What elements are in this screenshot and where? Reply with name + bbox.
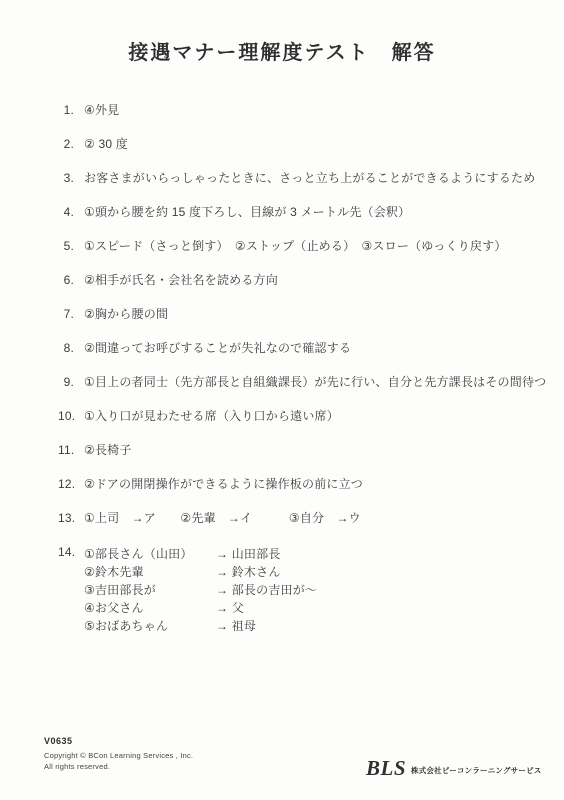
answer-row-14: 14. ①部長さん（山田） → 山田部長 ②鈴木先輩 → 鈴木さん ③吉田部長が… [58, 545, 548, 635]
answer-row-13: 13. ①上司 →ア ②先輩 →イ ③自分 →ウ [58, 511, 548, 525]
answer-row-2: 2. ② 30 度 [58, 137, 548, 151]
page-title: 接遇マナー理解度テスト 解答 [0, 36, 564, 65]
pair-term: ③吉田部長が [84, 581, 216, 599]
answer-text: ②胸から腰の間 [84, 307, 168, 321]
answer-row-8: 8. ②間違ってお呼びすることが失礼なので確認する [58, 341, 548, 355]
answer-14-pair-4: ④お父さん → 父 [84, 599, 317, 617]
answer-row-1: 1. ④外見 [58, 103, 548, 117]
answer-row-10: 10. ①入り口が見わたせる席（入り口から遠い席） [58, 409, 548, 423]
answer-row-7: 7. ②胸から腰の間 [58, 307, 548, 321]
pair-answer: → 鈴木さん [216, 563, 281, 581]
answer-text: ②長椅子 [84, 443, 132, 457]
answer-text: ①目上の者同士（先方部長と自組織課長）が先に行い、自分と先方課長はその間待つ [84, 375, 546, 389]
footer-right: BLS 株式会社ビーコンラーニングサービス [366, 757, 541, 779]
pair-term: ①部長さん（山田） [84, 545, 216, 563]
pair-term: ⑤おばあちゃん [84, 617, 216, 635]
answer-number: 7. [58, 307, 74, 321]
document-code: V0635 [44, 736, 193, 747]
answer-14-pairs: ①部長さん（山田） → 山田部長 ②鈴木先輩 → 鈴木さん ③吉田部長が → 部… [84, 545, 317, 635]
answer-number: 14. [58, 545, 74, 635]
answer-number: 9. [58, 375, 74, 389]
answer-number: 10. [58, 409, 74, 423]
company-name: 株式会社ビーコンラーニングサービス [411, 765, 541, 776]
answer-number: 11. [58, 443, 74, 457]
answer-14-pair-1: ①部長さん（山田） → 山田部長 [84, 545, 317, 563]
copyright-line: Copyright © BCon Learning Services , Inc… [44, 750, 193, 761]
pair-term: ④お父さん [84, 599, 216, 617]
answer-list: 1. ④外見 2. ② 30 度 3. お客さまがいらっしゃったときに、さっと立… [58, 103, 548, 635]
answer-text: ② 30 度 [84, 137, 128, 151]
answer-text: ①頭から腰を約 15 度下ろし、目線が 3 メートル先（会釈） [84, 205, 410, 219]
answer-14-pair-3: ③吉田部長が → 部長の吉田が～ [84, 581, 317, 599]
answer-row-12: 12. ②ドアの開閉操作ができるように操作板の前に立つ [58, 477, 548, 491]
pair-answer: → 山田部長 [216, 545, 281, 563]
pair-answer: → 祖母 [216, 617, 256, 635]
answer-number: 2. [58, 137, 74, 151]
answer-row-11: 11. ②長椅子 [58, 443, 548, 457]
answer-row-9: 9. ①目上の者同士（先方部長と自組織課長）が先に行い、自分と先方課長はその間待… [58, 375, 548, 389]
pair-answer: → 父 [216, 599, 244, 617]
answer-number: 1. [58, 103, 74, 117]
bls-logo: BLS [366, 757, 406, 779]
answer-row-5: 5. ①スピード（さっと倒す） ②ストップ（止める） ③スロー（ゆっくり戻す） [58, 239, 548, 253]
answer-text: ②間違ってお呼びすることが失礼なので確認する [84, 341, 351, 355]
footer-left: V0635 Copyright © BCon Learning Services… [44, 736, 193, 772]
answer-text: ①上司 →ア ②先輩 →イ ③自分 →ウ [84, 511, 361, 525]
answer-number: 8. [58, 341, 74, 355]
pair-answer: → 部長の吉田が～ [216, 581, 317, 599]
answer-number: 12. [58, 477, 74, 491]
answer-row-3: 3. お客さまがいらっしゃったときに、さっと立ち上がることができるようにするため [58, 171, 548, 185]
answer-text: お客さまがいらっしゃったときに、さっと立ち上がることができるようにするため [84, 171, 535, 185]
answer-row-6: 6. ②相手が氏名・会社名を読める方向 [58, 273, 548, 287]
answer-text: ②相手が氏名・会社名を読める方向 [84, 273, 278, 287]
answer-14-pair-2: ②鈴木先輩 → 鈴木さん [84, 563, 317, 581]
answer-14-pair-5: ⑤おばあちゃん → 祖母 [84, 617, 317, 635]
document-page: 接遇マナー理解度テスト 解答 1. ④外見 2. ② 30 度 3. お客さまが… [0, 0, 564, 800]
answer-text: ①入り口が見わたせる席（入り口から遠い席） [84, 409, 339, 423]
pair-term: ②鈴木先輩 [84, 563, 216, 581]
answer-text: ②ドアの開閉操作ができるように操作板の前に立つ [84, 477, 363, 491]
answer-number: 3. [58, 171, 74, 185]
answer-number: 13. [58, 511, 74, 525]
answer-text: ①スピード（さっと倒す） ②ストップ（止める） ③スロー（ゆっくり戻す） [84, 239, 507, 253]
answer-row-4: 4. ①頭から腰を約 15 度下ろし、目線が 3 メートル先（会釈） [58, 205, 548, 219]
answer-number: 5. [58, 239, 74, 253]
answer-text: ④外見 [84, 103, 119, 117]
answer-number: 4. [58, 205, 74, 219]
answer-number: 6. [58, 273, 74, 287]
rights-line: All rights reserved. [44, 761, 193, 772]
